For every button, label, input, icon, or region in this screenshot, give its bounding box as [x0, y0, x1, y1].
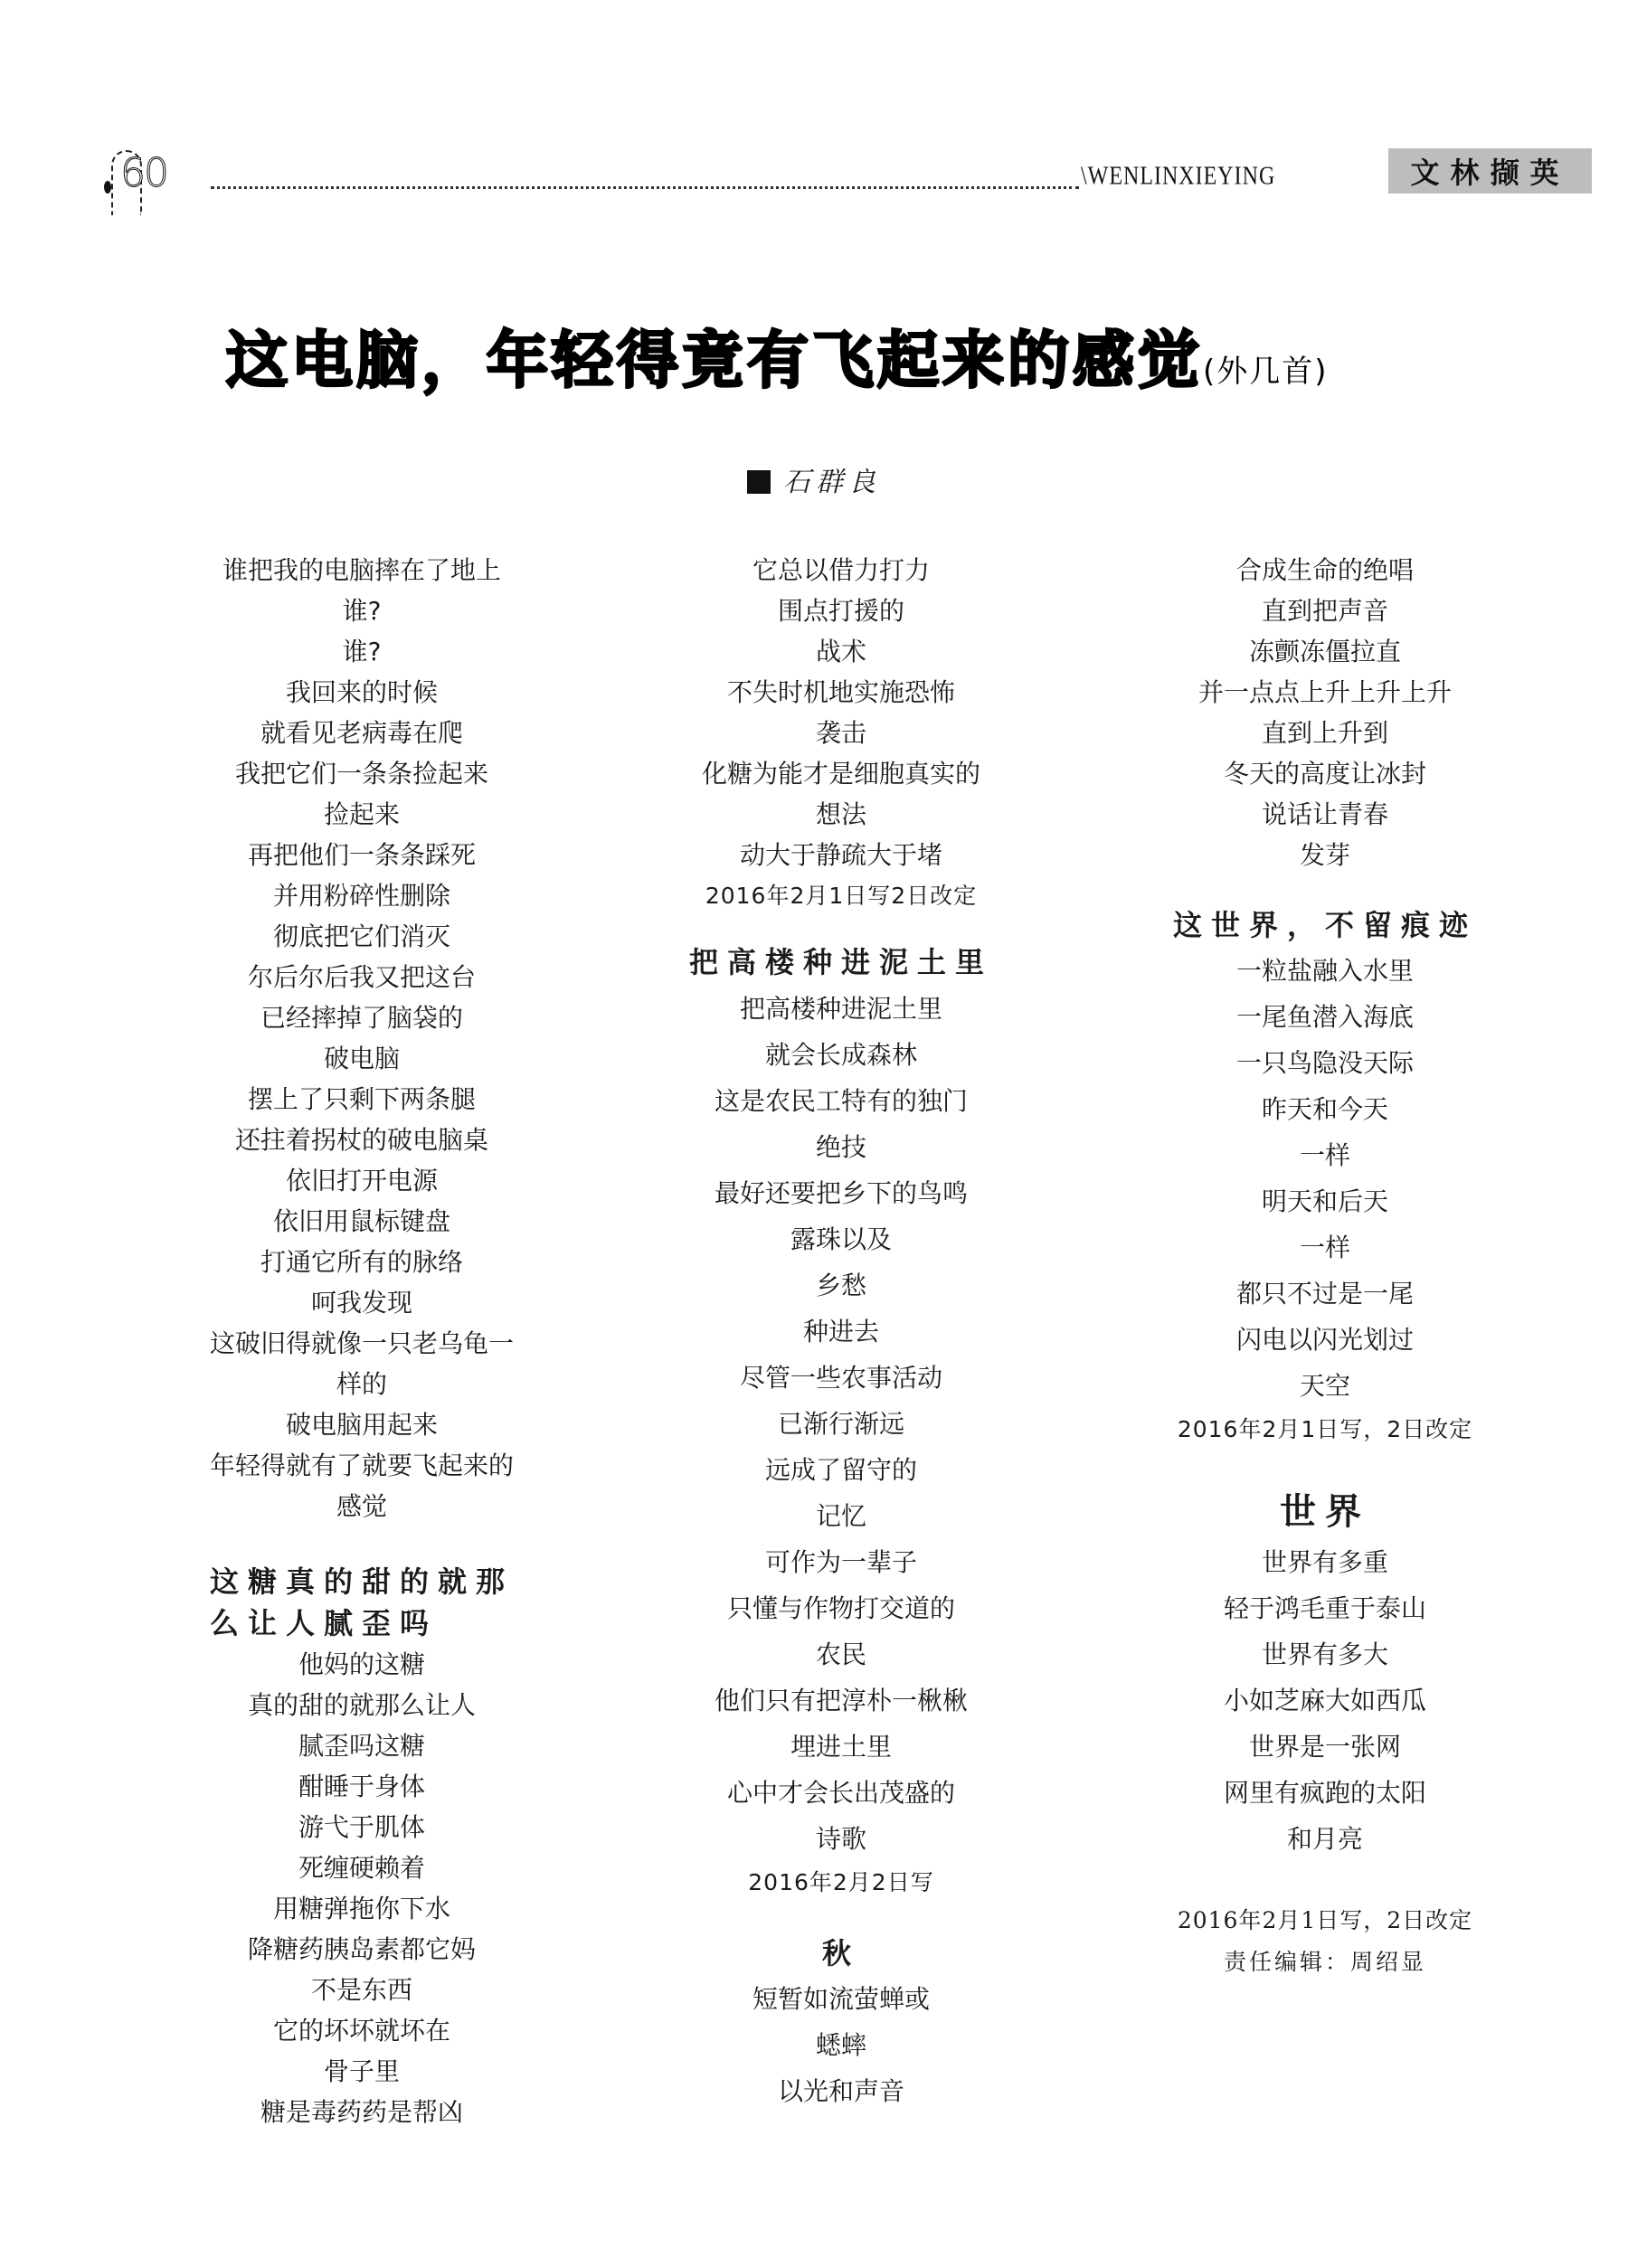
- poem-line: 尔后尔后我又把这台: [172, 957, 552, 997]
- poem-world: 世界 世界有多重 轻于鸿毛重于泰山 世界有多大 小如芝麻大如西瓜 世界是一张网 …: [1135, 1485, 1515, 1983]
- poem-line: 他妈的这糖: [172, 1644, 552, 1685]
- square-bullet-icon: [747, 470, 771, 494]
- poem-line: 一尾鱼潜入海底: [1135, 994, 1515, 1040]
- poem-line: 想法: [660, 794, 1022, 835]
- poem-line: 以光和声音: [660, 2068, 1022, 2114]
- poem-line: 死缠硬赖着: [172, 1847, 552, 1888]
- poem-line: 围点打援的: [660, 591, 1022, 631]
- poem-line: 最好还要把乡下的鸟鸣: [660, 1170, 1022, 1216]
- poem-line: 一样: [1135, 1132, 1515, 1178]
- poem-line: 骨子里: [172, 2051, 552, 2092]
- page-number-badge: 60: [104, 145, 222, 199]
- poem-line: 就看见老病毒在爬: [172, 713, 552, 753]
- poem-line: 用糖弹拖你下水: [172, 1888, 552, 1929]
- poem-line: 谁把我的电脑摔在了地上: [172, 550, 552, 591]
- poem-line: 化糖为能才是细胞真实的: [660, 753, 1022, 794]
- poem-highrise: 把高楼种进泥土里 把高楼种进泥土里 就会长成森林 这是农民工特有的独门 绝技 最…: [660, 939, 1022, 1904]
- article-title: 这电脑，年轻得竟有飞起来的感觉(外几首): [226, 312, 1447, 400]
- poem-line: 破电脑用起来: [172, 1404, 552, 1445]
- poem-line: 破电脑: [172, 1038, 552, 1079]
- poem-line: 昨天和今天: [1135, 1086, 1515, 1132]
- poem-line: 他们只有把淳朴一楸楸: [660, 1677, 1022, 1724]
- poem-autumn: 秋 短暂如流萤蝉或 蟋蟀 以光和声音: [660, 1931, 1022, 2114]
- poem-line: 直到上升到: [1135, 713, 1515, 753]
- poem-line: 直到把声音: [1135, 591, 1515, 631]
- poem-line: 种进去: [660, 1309, 1022, 1355]
- poem-line: 蟋蟀: [660, 2022, 1022, 2068]
- poem-line: 摆上了只剩下两条腿: [172, 1079, 552, 1120]
- poem-line: 它总以借力打力: [660, 550, 1022, 591]
- poem-line: 把高楼种进泥土里: [660, 986, 1022, 1032]
- poem-line: 埋进土里: [660, 1724, 1022, 1770]
- poem-line: 都只不过是一尾: [1135, 1271, 1515, 1317]
- poem-line: 网里有疯跑的太阳: [1135, 1770, 1515, 1816]
- poem-line: 感觉: [172, 1486, 552, 1526]
- poem-line: 并用粉碎性删除: [172, 875, 552, 916]
- poem-line: 只懂与作物打交道的: [660, 1585, 1022, 1631]
- poem-date: 2016年2月1日写，2日改定: [1135, 1900, 1515, 1942]
- poem-line: 一样: [1135, 1224, 1515, 1271]
- poem-computer: 谁把我的电脑摔在了地上 谁? 谁? 我回来的时候 就看见老病毒在爬 我把它们一条…: [172, 550, 552, 1526]
- poem-line: 依旧用鼠标键盘: [172, 1201, 552, 1242]
- poem-line: 再把他们一条条踩死: [172, 835, 552, 875]
- poem-title: 么让人腻歪吗: [172, 1602, 552, 1644]
- poem-line: 依旧打开电源: [172, 1160, 552, 1201]
- poem-line: 说话让青春: [1135, 794, 1515, 835]
- poem-sugar-continued: 它总以借力打力 围点打援的 战术 不失时机地实施恐怖 袭击 化糖为能才是细胞真实…: [660, 550, 1022, 917]
- poem-line: 短暂如流萤蝉或: [660, 1976, 1022, 2022]
- poem-line: 样的: [172, 1364, 552, 1404]
- poem-line: 冬天的高度让冰封: [1135, 753, 1515, 794]
- poem-date: 2016年2月1日写，2日改定: [1135, 1409, 1515, 1451]
- poem-line: 一粒盐融入水里: [1135, 948, 1515, 994]
- poem-line: 不失时机地实施恐怖: [660, 672, 1022, 713]
- dotted-leader: [211, 186, 1079, 189]
- column-2: 它总以借力打力 围点打援的 战术 不失时机地实施恐怖 袭击 化糖为能才是细胞真实…: [660, 550, 1022, 2114]
- poem-line: 战术: [660, 631, 1022, 672]
- poem-line: 腻歪吗这糖: [172, 1725, 552, 1766]
- poem-line: 世界有多大: [1135, 1631, 1515, 1677]
- poem-line: 糖是毒药药是帮凶: [172, 2092, 552, 2132]
- page-header: 60 \WENLINXIEYING 文林撷英: [104, 145, 1488, 199]
- poem-line: 尽管一些农事活动: [660, 1355, 1022, 1401]
- poem-line: 游弋于肌体: [172, 1807, 552, 1847]
- poem-autumn-continued: 合成生命的绝唱 直到把声音 冻颤冻僵拉直 并一点点上升上升上升 直到上升到 冬天…: [1135, 550, 1515, 875]
- author-byline: 石群良: [0, 459, 1628, 499]
- poem-line: 记忆: [660, 1493, 1022, 1539]
- poem-line: 彻底把它们消灭: [172, 916, 552, 957]
- poem-title: 这糖真的甜的就那: [172, 1561, 552, 1602]
- poem-line: 真的甜的就那么让人: [172, 1685, 552, 1725]
- poem-line: 绝技: [660, 1124, 1022, 1170]
- poem-line: 袭击: [660, 713, 1022, 753]
- poem-line: 轻于鸿毛重于泰山: [1135, 1585, 1515, 1631]
- poem-sugar: 这糖真的甜的就那 么让人腻歪吗 他妈的这糖 真的甜的就那么让人 腻歪吗这糖 酣睡…: [172, 1561, 552, 2132]
- poem-title: 把高楼种进泥土里: [660, 939, 1022, 986]
- poem-line: 冻颤冻僵拉直: [1135, 631, 1515, 672]
- poem-line: 打通它所有的脉络: [172, 1242, 552, 1282]
- poem-line: 我把它们一条条捡起来: [172, 753, 552, 794]
- poem-line: 合成生命的绝唱: [1135, 550, 1515, 591]
- poem-line: 这是农民工特有的独门: [660, 1078, 1022, 1124]
- poem-title: 秋: [660, 1931, 1022, 1976]
- poem-line: 并一点点上升上升上升: [1135, 672, 1515, 713]
- poem-line: 我回来的时候: [172, 672, 552, 713]
- poem-line: 已渐行渐远: [660, 1401, 1022, 1447]
- column-1: 谁把我的电脑摔在了地上 谁? 谁? 我回来的时候 就看见老病毒在爬 我把它们一条…: [172, 550, 552, 2132]
- poem-line: 还拄着拐杖的破电脑桌: [172, 1120, 552, 1160]
- article-title-main: 这电脑，年轻得竟有飞起来的感觉: [226, 326, 1203, 397]
- column-3: 合成生命的绝唱 直到把声音 冻颤冻僵拉直 并一点点上升上升上升 直到上升到 冬天…: [1135, 550, 1515, 1983]
- poem-line: 农民: [660, 1631, 1022, 1677]
- dot-ornament-icon: [104, 181, 111, 194]
- poem-line: 远成了留守的: [660, 1447, 1022, 1493]
- poem-line: 世界是一张网: [1135, 1724, 1515, 1770]
- poem-line: 发芽: [1135, 835, 1515, 875]
- poem-line: 它的坏坏就坏在: [172, 2010, 552, 2051]
- poem-line: 闪电以闪光划过: [1135, 1317, 1515, 1363]
- poem-title: 这世界，不留痕迹: [1135, 902, 1515, 948]
- editor-credit: 责任编辑：周绍显: [1135, 1942, 1515, 1983]
- poem-line: 小如芝麻大如西瓜: [1135, 1677, 1515, 1724]
- poem-line: 动大于静疏大于堵: [660, 835, 1022, 875]
- article-title-suffix: (外几首): [1203, 354, 1329, 390]
- poem-line: 降糖药胰岛素都它妈: [172, 1929, 552, 1970]
- poem-title: 世界: [1135, 1485, 1515, 1539]
- poem-line: 乡愁: [660, 1262, 1022, 1309]
- poem-line: 这破旧得就像一只老乌龟一: [172, 1323, 552, 1364]
- poem-line: 明天和后天: [1135, 1178, 1515, 1224]
- section-name-cn: 文林撷英: [1388, 148, 1592, 194]
- poem-date: 2016年2月1日写2日改定: [660, 875, 1022, 917]
- poem-line: 谁?: [172, 631, 552, 672]
- poem-line: 就会长成森林: [660, 1032, 1022, 1078]
- poem-line: 已经摔掉了脑袋的: [172, 997, 552, 1038]
- section-name-en: \WENLINXIEYING: [1081, 162, 1275, 191]
- poem-line: 天空: [1135, 1363, 1515, 1409]
- poem-line: 捡起来: [172, 794, 552, 835]
- poem-line: 露珠以及: [660, 1216, 1022, 1262]
- poem-line: 可作为一辈子: [660, 1539, 1022, 1585]
- poem-line: 和月亮: [1135, 1816, 1515, 1862]
- poem-line: 不是东西: [172, 1970, 552, 2010]
- poem-line: 诗歌: [660, 1816, 1022, 1862]
- poem-line: 世界有多重: [1135, 1539, 1515, 1585]
- poem-line: 谁?: [172, 591, 552, 631]
- poem-no-trace: 这世界，不留痕迹 一粒盐融入水里 一尾鱼潜入海底 一只鸟隐没天际 昨天和今天 一…: [1135, 902, 1515, 1451]
- poem-date: 2016年2月2日写: [660, 1862, 1022, 1904]
- poem-line: 酣睡于身体: [172, 1766, 552, 1807]
- poem-line: 心中才会长出茂盛的: [660, 1770, 1022, 1816]
- page-number: 60: [120, 150, 167, 196]
- author-name: 石群良: [783, 467, 881, 498]
- poem-line: 年轻得就有了就要飞起来的: [172, 1445, 552, 1486]
- poem-line: 一只鸟隐没天际: [1135, 1040, 1515, 1086]
- poem-line: 呵我发现: [172, 1282, 552, 1323]
